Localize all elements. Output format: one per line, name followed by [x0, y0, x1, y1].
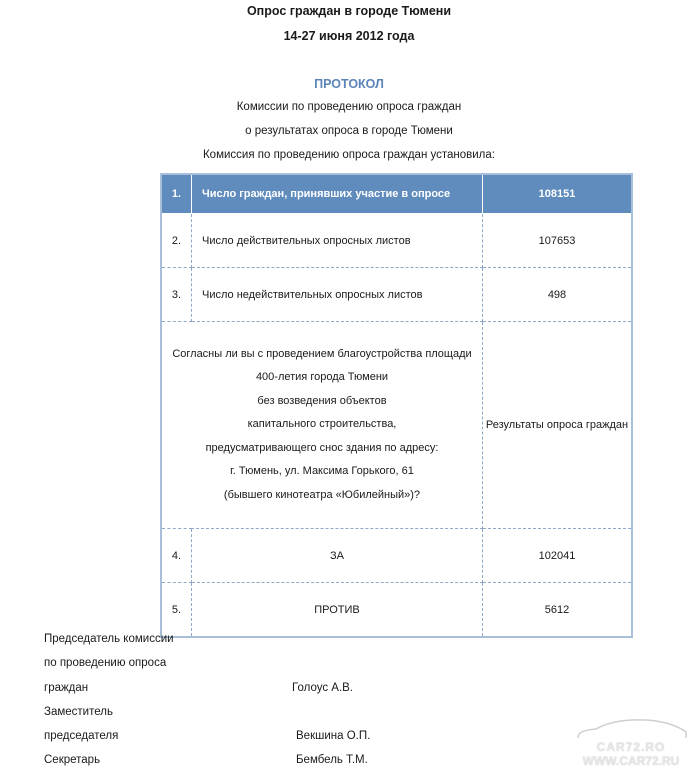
answer-label: ЗА: [192, 529, 483, 583]
question-line: без возведения объектов: [162, 390, 482, 414]
chair-title-line: Председатель комиссии: [44, 633, 174, 645]
question-line: г. Тюмень, ул. Максима Горького, 61: [162, 460, 482, 484]
subtitle-line: о результатах опроса в городе Тюмени: [0, 125, 698, 137]
chair-title-line: по проведению опроса: [44, 657, 166, 669]
deputy-title-line: председателя: [44, 730, 118, 742]
deputy-name: Векшина О.П.: [296, 730, 370, 742]
survey-question: Согласны ли вы с проведением благоустрой…: [161, 322, 483, 529]
row-number: 3.: [161, 268, 192, 322]
watermark-line: CAR72.RO: [566, 740, 696, 754]
row-number: 5.: [161, 583, 192, 638]
table-row: 2. Число действительных опросных листов …: [161, 214, 632, 268]
protocol-heading: ПРОТОКОЛ: [0, 77, 698, 91]
row-number: 4.: [161, 529, 192, 583]
car-icon: [574, 716, 690, 742]
answer-value: 5612: [483, 583, 633, 638]
chair-title-line: граждан: [44, 682, 88, 694]
question-line: 400-летия города Тюмени: [162, 366, 482, 390]
question-line: капитального строительства,: [162, 413, 482, 437]
question-row: Согласны ли вы с проведением благоустрой…: [161, 322, 632, 529]
table-row: 4. ЗА 102041: [161, 529, 632, 583]
question-line: (бывшего кинотеатра «Юбилейный»)?: [162, 484, 482, 508]
page-title: Опрос граждан в городе Тюмени: [0, 4, 698, 18]
results-table: 1. Число граждан, принявших участие в оп…: [160, 173, 633, 638]
watermark-line: WWW.CAR72.RU: [566, 754, 696, 768]
question-line: Согласны ли вы с проведением благоустрой…: [162, 343, 482, 367]
row-number: 1.: [161, 174, 192, 214]
row-value: 498: [483, 268, 633, 322]
subtitle-line: Комиссии по проведению опроса граждан: [0, 101, 698, 113]
survey-dates: 14-27 июня 2012 года: [0, 29, 698, 43]
row-value: 108151: [483, 174, 633, 214]
results-label: Результаты опроса граждан: [483, 322, 633, 529]
chair-name: Голоус А.В.: [292, 682, 353, 694]
row-value: 107653: [483, 214, 633, 268]
row-number: 2.: [161, 214, 192, 268]
deputy-title-line: Заместитель: [44, 706, 113, 718]
row-label: Число недействительных опросных листов: [192, 268, 483, 322]
answer-value: 102041: [483, 529, 633, 583]
answer-label: ПРОТИВ: [192, 583, 483, 638]
row-label: Число действительных опросных листов: [192, 214, 483, 268]
watermark: CAR72.RO WWW.CAR72.RU: [566, 716, 696, 766]
secretary-name: Бембель Т.М.: [296, 754, 368, 766]
table-row: 3. Число недействительных опросных листо…: [161, 268, 632, 322]
question-line: предусматривающего снос здания по адресу…: [162, 437, 482, 461]
secretary-label: Секретарь: [44, 754, 100, 766]
table-row: 1. Число граждан, принявших участие в оп…: [161, 174, 632, 214]
row-label: Число граждан, принявших участие в опрос…: [192, 174, 483, 214]
subtitle-line: Комиссия по проведению опроса граждан ус…: [0, 149, 698, 161]
table-row: 5. ПРОТИВ 5612: [161, 583, 632, 638]
